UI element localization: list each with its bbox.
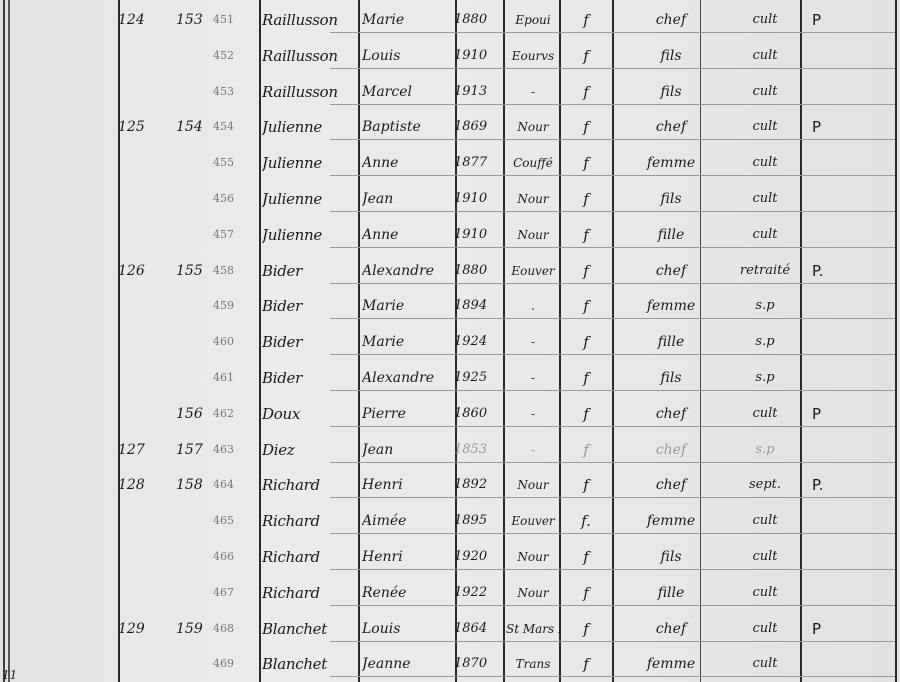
margin-mark: 11 [2, 668, 17, 682]
individual-number-cell: 468 [213, 611, 253, 647]
family-number-cell [176, 539, 216, 575]
family-number-cell: 154 [176, 109, 216, 145]
family-number-cell [176, 74, 216, 110]
individual-number-cell: 469 [213, 646, 253, 682]
household-number-cell [118, 646, 158, 682]
family-number-cell [176, 145, 216, 181]
household-number-cell: 126 [118, 253, 158, 289]
household-number-cell [118, 360, 158, 396]
ruled-line [330, 354, 895, 355]
ruled-line [330, 211, 895, 212]
ruled-line [330, 32, 895, 33]
family-number-cell [176, 217, 216, 253]
individual-number-cell: 460 [213, 324, 253, 360]
individual-number-cell: 464 [213, 467, 253, 503]
individual-number-cell: 451 [213, 2, 253, 38]
individual-number-cell: 456 [213, 181, 253, 217]
ruled-line [330, 641, 895, 642]
individual-number-cell: 453 [213, 74, 253, 110]
family-number-cell: 157 [176, 432, 216, 468]
household-number-cell [118, 217, 158, 253]
household-number-cell: 127 [118, 432, 158, 468]
individual-number-cell: 455 [213, 145, 253, 181]
household-number-cell: 125 [118, 109, 158, 145]
family-number-cell [176, 575, 216, 611]
household-number-cell [118, 575, 158, 611]
family-number-cell [176, 503, 216, 539]
individual-number-cell: 454 [213, 109, 253, 145]
ruled-line [330, 676, 895, 677]
individual-number-cell: 465 [213, 503, 253, 539]
individual-number-cell: 466 [213, 539, 253, 575]
ruled-line [330, 104, 895, 105]
ruled-line [330, 426, 895, 427]
family-number-cell [176, 360, 216, 396]
family-number-cell: 153 [176, 2, 216, 38]
ruled-line [330, 462, 895, 463]
individual-number-cell: 462 [213, 396, 253, 432]
household-number-cell: 124 [118, 2, 158, 38]
ruled-line [330, 139, 895, 140]
individual-number-cell: 461 [213, 360, 253, 396]
family-number-cell [176, 181, 216, 217]
individual-number-cell: 467 [213, 575, 253, 611]
household-number-cell [118, 145, 158, 181]
individual-number-cell: 458 [213, 253, 253, 289]
household-number-cell: 128 [118, 467, 158, 503]
family-number-cell: 158 [176, 467, 216, 503]
household-number-cell [118, 38, 158, 74]
family-number-cell [176, 288, 216, 324]
household-number-cell [118, 503, 158, 539]
ruled-line [330, 247, 895, 248]
household-number-cell [118, 539, 158, 575]
household-number-cell: 129 [118, 611, 158, 647]
household-number-cell [118, 288, 158, 324]
individual-number-cell: 457 [213, 217, 253, 253]
ruled-line [330, 283, 895, 284]
census-register-page: 124153451RaillussonMarie1880Epouifchefcu… [0, 0, 900, 682]
ruled-line [330, 569, 895, 570]
household-number-cell [118, 324, 158, 360]
ruled-line [330, 497, 895, 498]
ruled-line [330, 318, 895, 319]
family-number-cell: 155 [176, 253, 216, 289]
individual-number-cell: 459 [213, 288, 253, 324]
ruled-line [330, 533, 895, 534]
family-number-cell [176, 646, 216, 682]
ruled-line [330, 390, 895, 391]
ruled-line [330, 175, 895, 176]
family-number-cell: 159 [176, 611, 216, 647]
individual-number-cell: 463 [213, 432, 253, 468]
household-number-cell [118, 181, 158, 217]
family-number-cell: 156 [176, 396, 216, 432]
family-number-cell [176, 324, 216, 360]
household-number-cell [118, 74, 158, 110]
individual-number-cell: 452 [213, 38, 253, 74]
household-number-cell [118, 396, 158, 432]
family-number-cell [176, 38, 216, 74]
ruled-line [330, 605, 895, 606]
ruled-line [330, 68, 895, 69]
